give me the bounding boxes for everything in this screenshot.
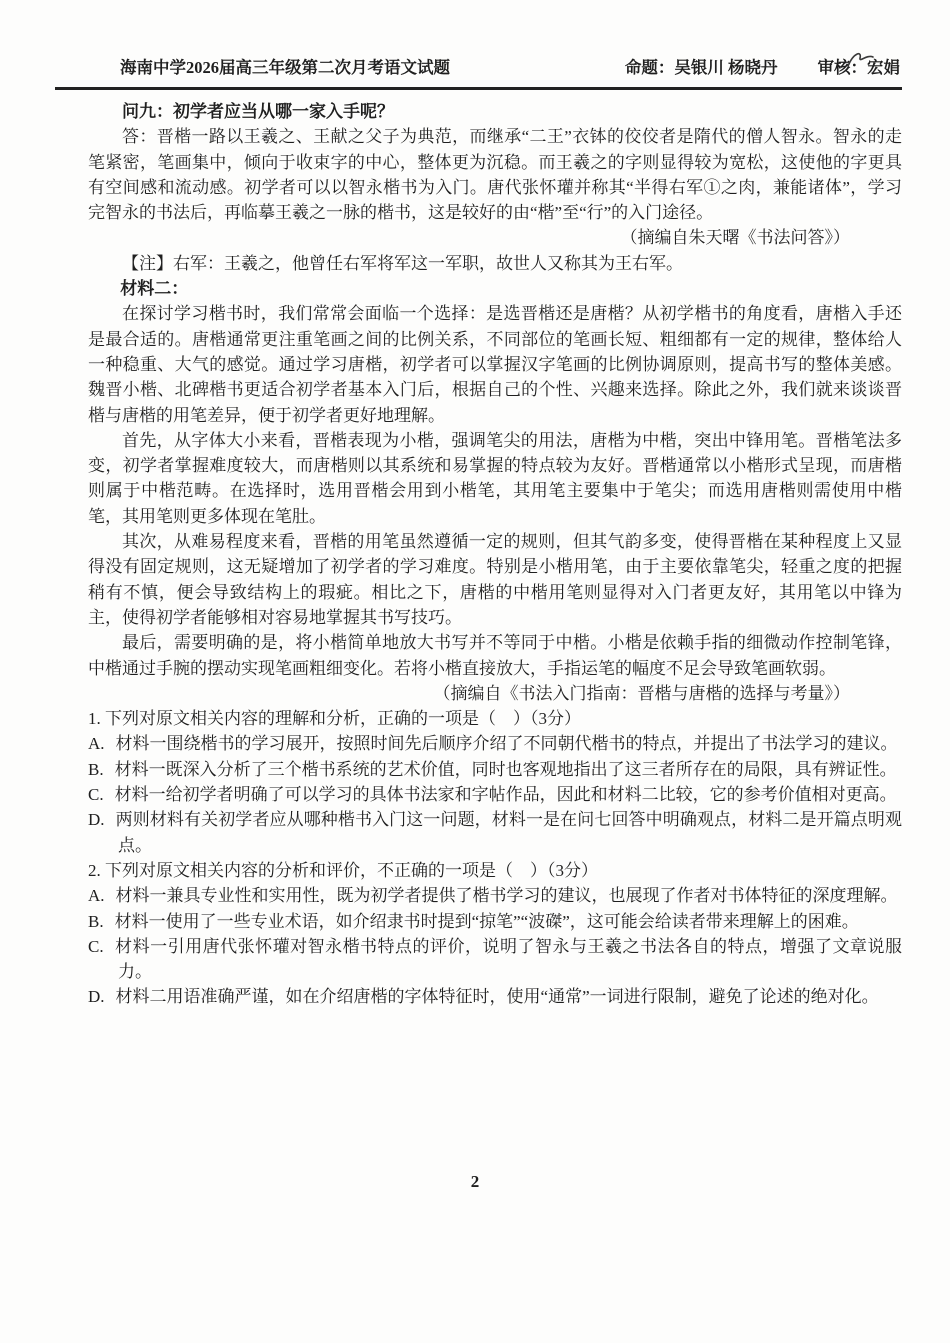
option-label: C. <box>88 785 104 804</box>
page-header: 海南中学2026届高三年级第二次月考语文试题 命题：吴银川 杨晓丹 审核：宏娟 <box>55 58 902 90</box>
option-label: B. <box>88 912 104 931</box>
material-two-heading: 材料二： <box>88 276 902 301</box>
document-page: 海南中学2026届高三年级第二次月考语文试题 命题：吴银川 杨晓丹 审核：宏娟 … <box>0 0 950 1343</box>
option-text: 材料一给初学者明确了可以学习的具体书法家和字帖作品，因此和材料二比较，它的参考价… <box>115 785 897 804</box>
material-two-paragraph-3: 其次，从难易程度来看，晋楷的用笔虽然遵循一定的规则，但其气韵多变，使得晋楷在某种… <box>88 529 902 630</box>
option-label: B. <box>88 760 104 779</box>
question-1-option-d: D.两则材料有关初学者应从哪种楷书入门这一问题，材料一是在问七回答中明确观点，材… <box>88 807 902 858</box>
question-2-option-c: C.材料一引用唐代张怀瓘对智永楷书特点的评价，说明了智永与王羲之书法各自的特点，… <box>88 934 902 985</box>
header-credits: 命题：吴银川 杨晓丹 审核：宏娟 <box>625 58 900 78</box>
document-body: 问九：初学者应当从哪一家入手呢？ 答：晋楷一路以王羲之、王献之父子为典范，而继承… <box>88 99 902 1010</box>
material-two-paragraph-4: 最后，需要明确的是，将小楷简单地放大书写并不等同于中楷。小楷是依赖手指的细微动作… <box>88 630 902 681</box>
material-two-paragraph-2: 首先，从字体大小来看，晋楷表现为小楷，强调笔尖的用法，唐楷为中楷，突出中锋用笔。… <box>88 428 902 529</box>
exam-reviewer: 审核：宏娟 <box>818 58 901 78</box>
option-label: D. <box>88 987 105 1006</box>
question-2-option-a: A.材料一兼具专业性和实用性，既为初学者提供了楷书学习的建议，也展现了作者对书体… <box>88 883 902 908</box>
question-1-stem: 1. 下列对原文相关内容的理解和分析，正确的一项是（ ）（3分） <box>88 706 902 731</box>
option-label: A. <box>88 886 105 905</box>
exam-setter: 命题：吴银川 杨晓丹 <box>625 58 778 78</box>
question-2-option-d: D.材料二用语准确严谨，如在介绍唐楷的字体特征时，使用“通常”一词进行限制，避免… <box>88 984 902 1009</box>
material-one-source: （摘编自朱天曙《书法问答》） <box>88 225 902 250</box>
option-text: 材料一使用了一些专业术语，如介绍隶书时提到“掠笔”“波磔”，这可能会给读者带来理… <box>115 912 859 931</box>
option-text: 材料一围绕楷书的学习展开，按照时间先后顺序介绍了不同朝代楷书的特点，并提出了书法… <box>116 734 898 753</box>
option-text: 材料一引用唐代张怀瓘对智永楷书特点的评价，说明了智永与王羲之书法各自的特点，增强… <box>115 937 902 981</box>
question-2-option-b: B.材料一使用了一些专业术语，如介绍隶书时提到“掠笔”“波磔”，这可能会给读者带… <box>88 909 902 934</box>
material-two-paragraph-1: 在探讨学习楷书时，我们常常会面临一个选择：是选晋楷还是唐楷？从初学楷书的角度看，… <box>88 301 902 427</box>
question-1-option-a: A.材料一围绕楷书的学习展开，按照时间先后顺序介绍了不同朝代楷书的特点，并提出了… <box>88 731 902 756</box>
option-text: 材料一既深入分析了三个楷书系统的艺术价值，同时也客观地指出了这三者所存在的局限，… <box>115 760 897 779</box>
option-label: C. <box>88 937 104 956</box>
reviewer-name: 宏娟 <box>867 58 900 77</box>
material-one-answer: 答：晋楷一路以王羲之、王献之父子为典范，而继承“二王”衣钵的佼佼者是隋代的僧人智… <box>88 124 902 225</box>
material-two-source: （摘编自《书法入门指南：晋楷与唐楷的选择与考量》） <box>88 681 902 706</box>
option-text: 材料一兼具专业性和实用性，既为初学者提供了楷书学习的建议，也展现了作者对书体特征… <box>116 886 898 905</box>
option-text: 两则材料有关初学者应从哪种楷书入门这一问题，材料一是在问七回答中明确观点，材料二… <box>116 810 902 854</box>
material-one-note: 【注】右军：王羲之，他曾任右军将军这一军职，故世人又称其为王右军。 <box>88 251 902 276</box>
page-number: 2 <box>0 1172 950 1192</box>
option-label: A. <box>88 734 105 753</box>
question-1-option-b: B.材料一既深入分析了三个楷书系统的艺术价值，同时也客观地指出了这三者所存在的局… <box>88 757 902 782</box>
question-1-option-c: C.材料一给初学者明确了可以学习的具体书法家和字帖作品，因此和材料二比较，它的参… <box>88 782 902 807</box>
option-label: D. <box>88 810 105 829</box>
page-content: 海南中学2026届高三年级第二次月考语文试题 命题：吴银川 杨晓丹 审核：宏娟 … <box>88 58 902 1010</box>
option-text: 材料二用语准确严谨，如在介绍唐楷的字体特征时，使用“通常”一词进行限制，避免了论… <box>116 987 879 1006</box>
reviewer-label: 审核： <box>818 58 868 77</box>
exam-title: 海南中学2026届高三年级第二次月考语文试题 <box>120 58 450 78</box>
question-2-stem: 2. 下列对原文相关内容的分析和评价，不正确的一项是（ ）（3分） <box>88 858 902 883</box>
material-one-question-nine: 问九：初学者应当从哪一家入手呢？ <box>88 99 902 124</box>
